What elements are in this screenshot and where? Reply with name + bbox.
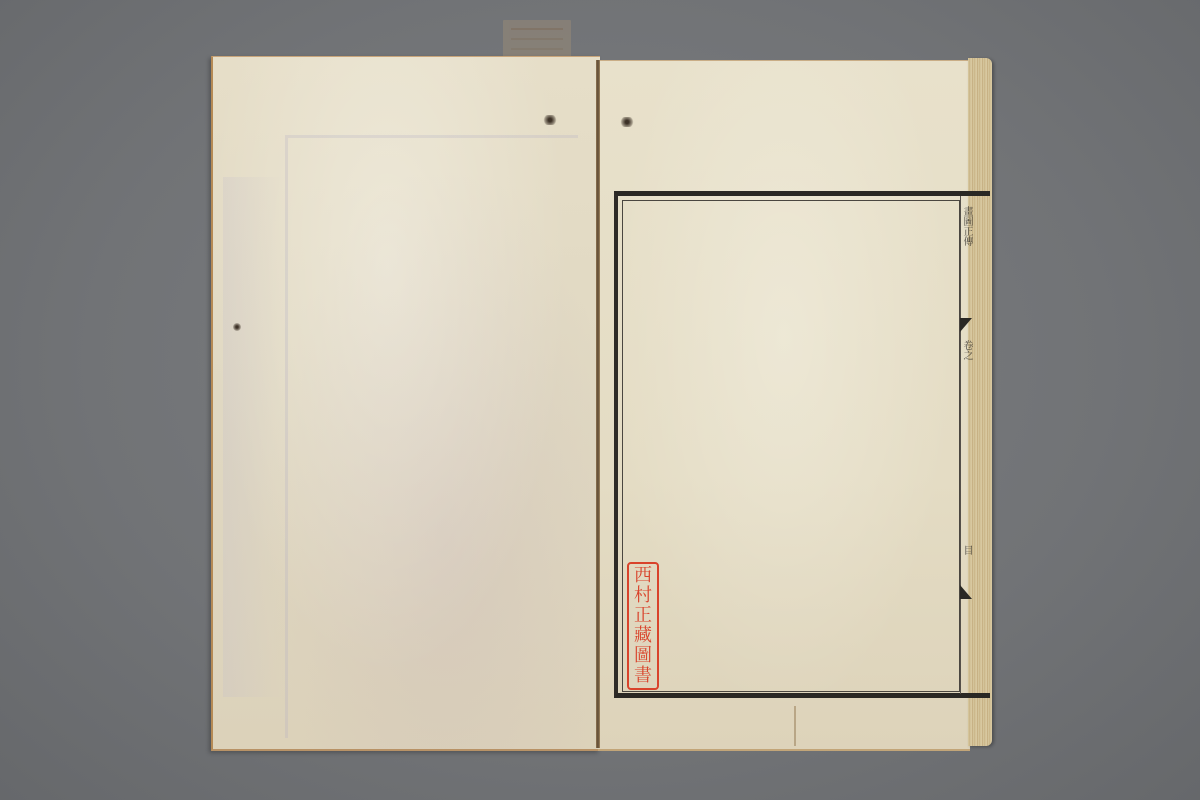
seal-char: 圖	[634, 647, 652, 665]
fold-volume-text: 卷之	[961, 340, 973, 380]
ink-spot	[233, 323, 241, 331]
seal-char: 村	[634, 587, 652, 605]
worm-damage	[543, 115, 557, 125]
fold-lower-text: 目	[961, 545, 973, 581]
fold-title-text: 畫圖正傳	[961, 206, 973, 306]
paper-crease	[794, 706, 796, 746]
left-page-stain	[223, 177, 283, 697]
left-page	[211, 56, 600, 751]
worm-damage	[620, 117, 634, 127]
scan-background: 畫圖正傳 卷之 目 西 村 正 藏 圖 書	[0, 0, 1200, 800]
seal-char: 藏	[634, 627, 652, 645]
book-gutter	[596, 60, 600, 748]
bookmark-slip-text	[511, 28, 563, 30]
seal-char: 正	[634, 607, 652, 625]
left-page-show-through-frame	[285, 135, 578, 738]
fish-tail-mark-top	[960, 318, 972, 332]
seal-char: 書	[634, 667, 652, 685]
seal-char: 西	[634, 567, 652, 585]
printed-border-inner	[622, 200, 960, 692]
collector-seal: 西 村 正 藏 圖 書	[627, 562, 659, 690]
fish-tail-mark-bottom	[960, 585, 972, 599]
